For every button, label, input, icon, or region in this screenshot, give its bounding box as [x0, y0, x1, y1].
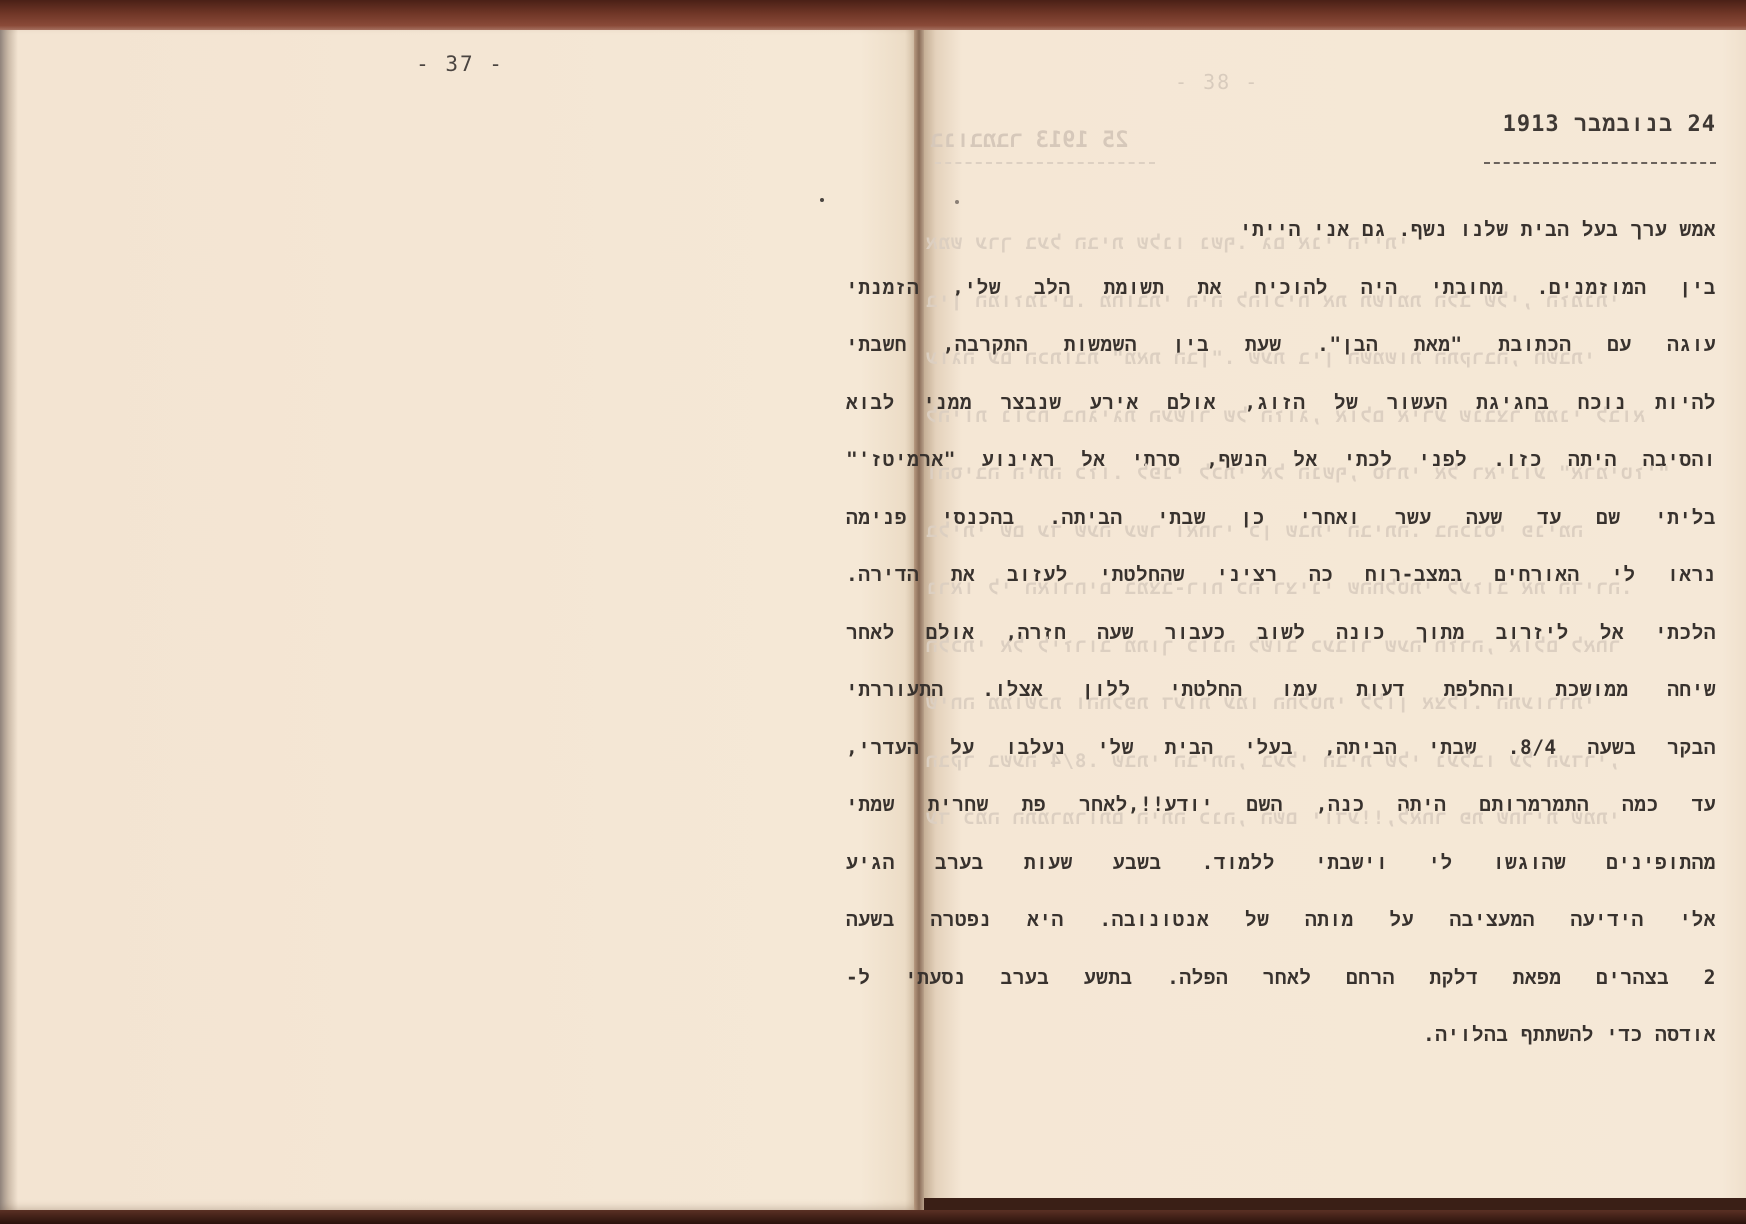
- bleed-line: עד כמה התמרמרותם היתה כנה, השם יודע!!,לא…: [925, 807, 1740, 865]
- bleed-line: נראו לי האורחים במצב-רוח כה רציני שהחלטת…: [925, 577, 1740, 635]
- left-page: [0, 30, 918, 1212]
- ink-dot: [955, 200, 959, 204]
- entry-date-heading: 24 בנובמבר 1913: [1503, 112, 1716, 138]
- bleed-line: בליתי שם עד שעה עשר ואחרי כן שבתי הביתה.…: [925, 520, 1740, 578]
- bleed-line: להיות נוכח בחגיגת העשור של הזוג, אולם אי…: [925, 405, 1740, 463]
- bleed-line: שיחה ממושכת והחלפת דעות עמו החלטתי ללון …: [925, 692, 1740, 750]
- book-bottom-edge: [0, 1210, 1746, 1224]
- bleed-through-page-number: - 38 -: [1175, 70, 1259, 94]
- ink-dot: [820, 198, 824, 202]
- bleed-line: עוגה עם הכתובת "מאת הבן". שעת בין השמשות…: [925, 347, 1740, 405]
- page-number: - 37 -: [410, 52, 510, 76]
- bleed-through-rule: [935, 162, 1155, 164]
- text-line: אלי הידיעה המעציבה על מותה של אנטונובה. …: [846, 908, 1716, 966]
- book-top-edge: [0, 0, 1746, 32]
- text-line: אודסה כדי להשתתף בהלויה.: [846, 1023, 1716, 1081]
- bleed-through-text: אמש ערך בעל הבית שלנו נשף. גם אני הייתי …: [925, 232, 1740, 865]
- bleed-through-heading: 25 בנובמבר 1913: [930, 128, 1128, 154]
- bleed-line: הבקר בשעה 8/4. שבתי הביתה, בעלי הבית שלי…: [925, 750, 1740, 808]
- text-line: 2 בצהרים מפאת דלקת הרחם לאחר הפלה. בתשע …: [846, 966, 1716, 1024]
- bleed-line: אמש ערך בעל הבית שלנו נשף. גם אני הייתי: [925, 232, 1740, 290]
- bleed-line: הלכתי אל ליזרוב מתוך כונה לשוב כעבור שעה…: [925, 635, 1740, 693]
- bleed-line: והסיבה היתה כזו. לפני לכתי אל הנשף, סרתי…: [925, 462, 1740, 520]
- date-underline: [1484, 162, 1716, 164]
- bleed-line: בין המוזמנים. מחובתי היה להוכיח את תשומת…: [925, 290, 1740, 348]
